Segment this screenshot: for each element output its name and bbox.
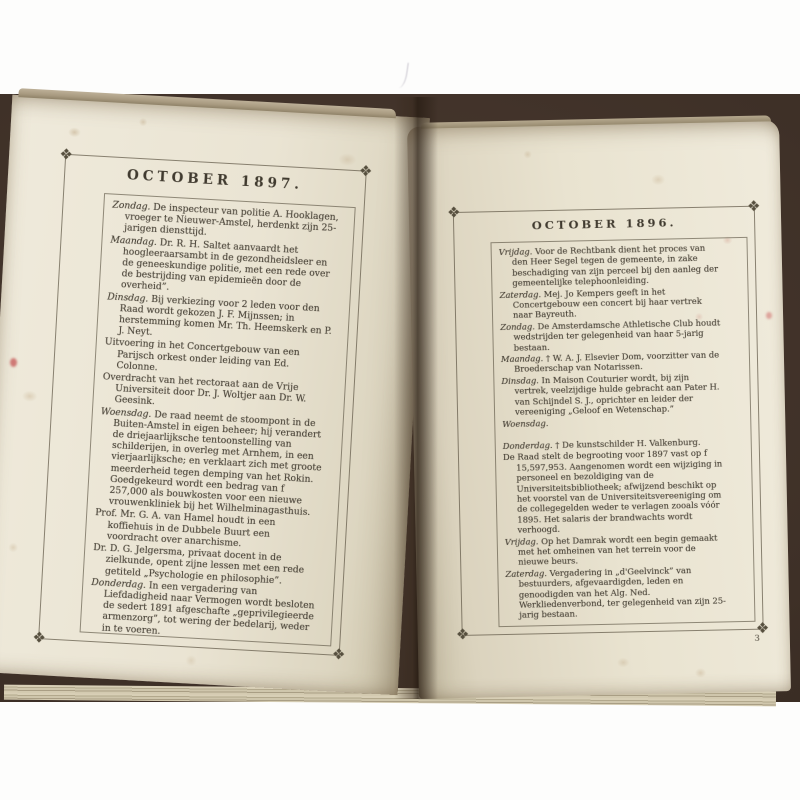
day-number: 27. xyxy=(490,376,501,387)
day-number xyxy=(80,505,92,507)
day-number: 31. xyxy=(490,569,505,580)
left-entries-box: 18. Zondag. De inspecteur van politie A.… xyxy=(80,193,356,646)
right-page-frame: ❖ ❖ ❖ ❖ OCTOBER 1896. 23. Vrijdag. Voor … xyxy=(453,206,764,636)
day-number: 21. xyxy=(80,404,98,417)
corner-ornament-icon: ❖ xyxy=(359,164,373,180)
day-number: 20. xyxy=(80,289,104,302)
right-page: ❖ ❖ ❖ ❖ OCTOBER 1896. 23. Vrijdag. Voor … xyxy=(407,119,791,699)
day-number: 29. xyxy=(490,441,502,452)
entry-text: Voor de Rechtbank dient het proces van d… xyxy=(512,243,718,288)
day-name: Zaterdag. xyxy=(499,289,541,300)
day-name: Maandag. xyxy=(501,353,544,364)
entry-text: De raad neemt de stoompont in de Buiten-… xyxy=(109,409,322,519)
entry-paragraph: Zaterdag. Vergadering in „d'Geelvinck” v… xyxy=(505,564,728,621)
entry-text: Mej. Jo Kempers geeft in het Concertgebo… xyxy=(513,286,702,320)
day-name: Zondag. xyxy=(112,200,151,213)
day-number: 24. xyxy=(490,290,499,301)
day-name: Vrijdag. xyxy=(505,536,539,547)
entry-paragraph: Woensdag. De raad neemt de stoompont in … xyxy=(96,406,329,519)
calendar-entry-row: 30. Vrijdag. Op het Damrak wordt een beg… xyxy=(505,532,728,568)
day-number xyxy=(490,452,502,453)
day-number: 28. xyxy=(490,419,502,430)
calendar-entry-row: 21. Woensdag. De raad neemt de stoompont… xyxy=(96,406,329,519)
entry-paragraph: Donderdag. In een vergadering van Liefda… xyxy=(89,577,320,646)
day-name: Vrijdag. xyxy=(499,246,533,257)
left-page: ❖ ❖ ❖ ❖ OCTOBER 1897. 18. Zondag. De ins… xyxy=(0,95,430,695)
day-number: 23. xyxy=(490,247,498,258)
entry-text: † W. A. J. Elsevier Dom, voorzitter van … xyxy=(514,350,719,375)
page-number: 3 xyxy=(754,634,760,644)
entry-text: In Maison Couturier wordt, bij zijn vert… xyxy=(515,372,720,417)
day-number: 18. xyxy=(80,197,109,210)
pencil-mark xyxy=(394,61,409,88)
day-name xyxy=(88,634,89,645)
calendar-entry-row: 25. Zondag. De Amsterdamsche Athletische… xyxy=(500,317,723,353)
left-page-header: OCTOBER 1897. xyxy=(65,164,365,197)
corner-ornament-icon: ❖ xyxy=(456,627,470,642)
entry-paragraph: Vrijdag. Voor de Rechtbank dient het pro… xyxy=(499,242,722,288)
day-name: Donderdag. xyxy=(503,440,553,451)
day-number: 30. xyxy=(490,537,504,548)
left-page-frame: ❖ ❖ ❖ ❖ OCTOBER 1897. 18. Zondag. De ins… xyxy=(38,154,367,656)
day-number: 19. xyxy=(80,232,107,245)
right-page-header: OCTOBER 1896. xyxy=(454,214,754,234)
day-number xyxy=(80,540,90,542)
day-name: Zondag. xyxy=(500,321,535,332)
corner-ornament-icon: ❖ xyxy=(332,647,346,663)
day-number xyxy=(80,631,85,633)
day-number xyxy=(80,369,100,371)
corner-ornament-icon: ❖ xyxy=(59,147,73,163)
entry-paragraph: Zaterdag. Mej. Jo Kempers geeft in het C… xyxy=(499,285,722,321)
calendar-entry-row: 31. Zaterdag. Vergadering in „d'Geelvinc… xyxy=(505,564,728,621)
entry-text: De Raad stelt de begrooting voor 1897 va… xyxy=(503,448,722,535)
corner-ornament-icon: ❖ xyxy=(32,630,46,646)
corner-ornament-icon: ❖ xyxy=(747,199,761,214)
right-entries: 23. Vrijdag. Voor de Rechtbank dient het… xyxy=(499,242,729,620)
right-entries-box: 23. Vrijdag. Voor de Rechtbank dient het… xyxy=(490,237,755,627)
day-name: Dinsdag. xyxy=(501,375,539,386)
day-name: Dinsdag. xyxy=(107,291,149,304)
entry-text: De Amsterdamsche Athletische Club houdt … xyxy=(513,317,720,352)
corner-ornament-icon: ❖ xyxy=(447,205,461,220)
entry-paragraph: Vrijdag. Op het Damrak wordt een begin g… xyxy=(505,532,728,568)
entry-text: De inspecteur van politie A. Hooklagen, … xyxy=(124,202,339,239)
entry-paragraph: Zondag. De Amsterdamsche Athletische Clu… xyxy=(500,317,723,353)
calendar-entry-row: De Raad stelt de begrooting voor 1897 va… xyxy=(503,448,727,536)
day-number xyxy=(80,335,102,337)
book-photo: ❖ ❖ ❖ ❖ OCTOBER 1897. 18. Zondag. De ins… xyxy=(0,0,800,800)
calendar-entry-row: 24. Zaterdag. Mej. Jo Kempers geeft in h… xyxy=(499,285,722,321)
calendar-entry-row: 23. Vrijdag. Voor de Rechtbank dient het… xyxy=(499,242,722,288)
entry-paragraph: Dinsdag. In Maison Couturier wordt, bij … xyxy=(501,371,724,417)
day-number: 25. xyxy=(490,322,500,333)
entry-text: Op het Damrak wordt een begin gemaakt me… xyxy=(518,532,718,567)
calendar-entry-row: 22. Donderdag. In een vergadering van Li… xyxy=(89,577,320,646)
section-divider xyxy=(582,626,654,627)
day-number: 26. xyxy=(490,354,501,365)
book-gutter-shadow xyxy=(394,97,438,699)
age-spot xyxy=(766,312,772,319)
age-spot xyxy=(10,358,17,367)
day-number: 22. xyxy=(80,574,88,587)
day-name: Woensdag. xyxy=(502,418,548,429)
entry-text: Vergadering in „d'Geelvinck” van bestuur… xyxy=(519,565,726,620)
day-name: Zaterdag. xyxy=(505,568,547,579)
calendar-entry-row: 27. Dinsdag. In Maison Couturier wordt, … xyxy=(501,371,724,417)
entry-paragraph: De Raad stelt de begrooting voor 1897 va… xyxy=(503,448,727,536)
left-entries: 18. Zondag. De inspecteur van politie A.… xyxy=(87,200,341,647)
